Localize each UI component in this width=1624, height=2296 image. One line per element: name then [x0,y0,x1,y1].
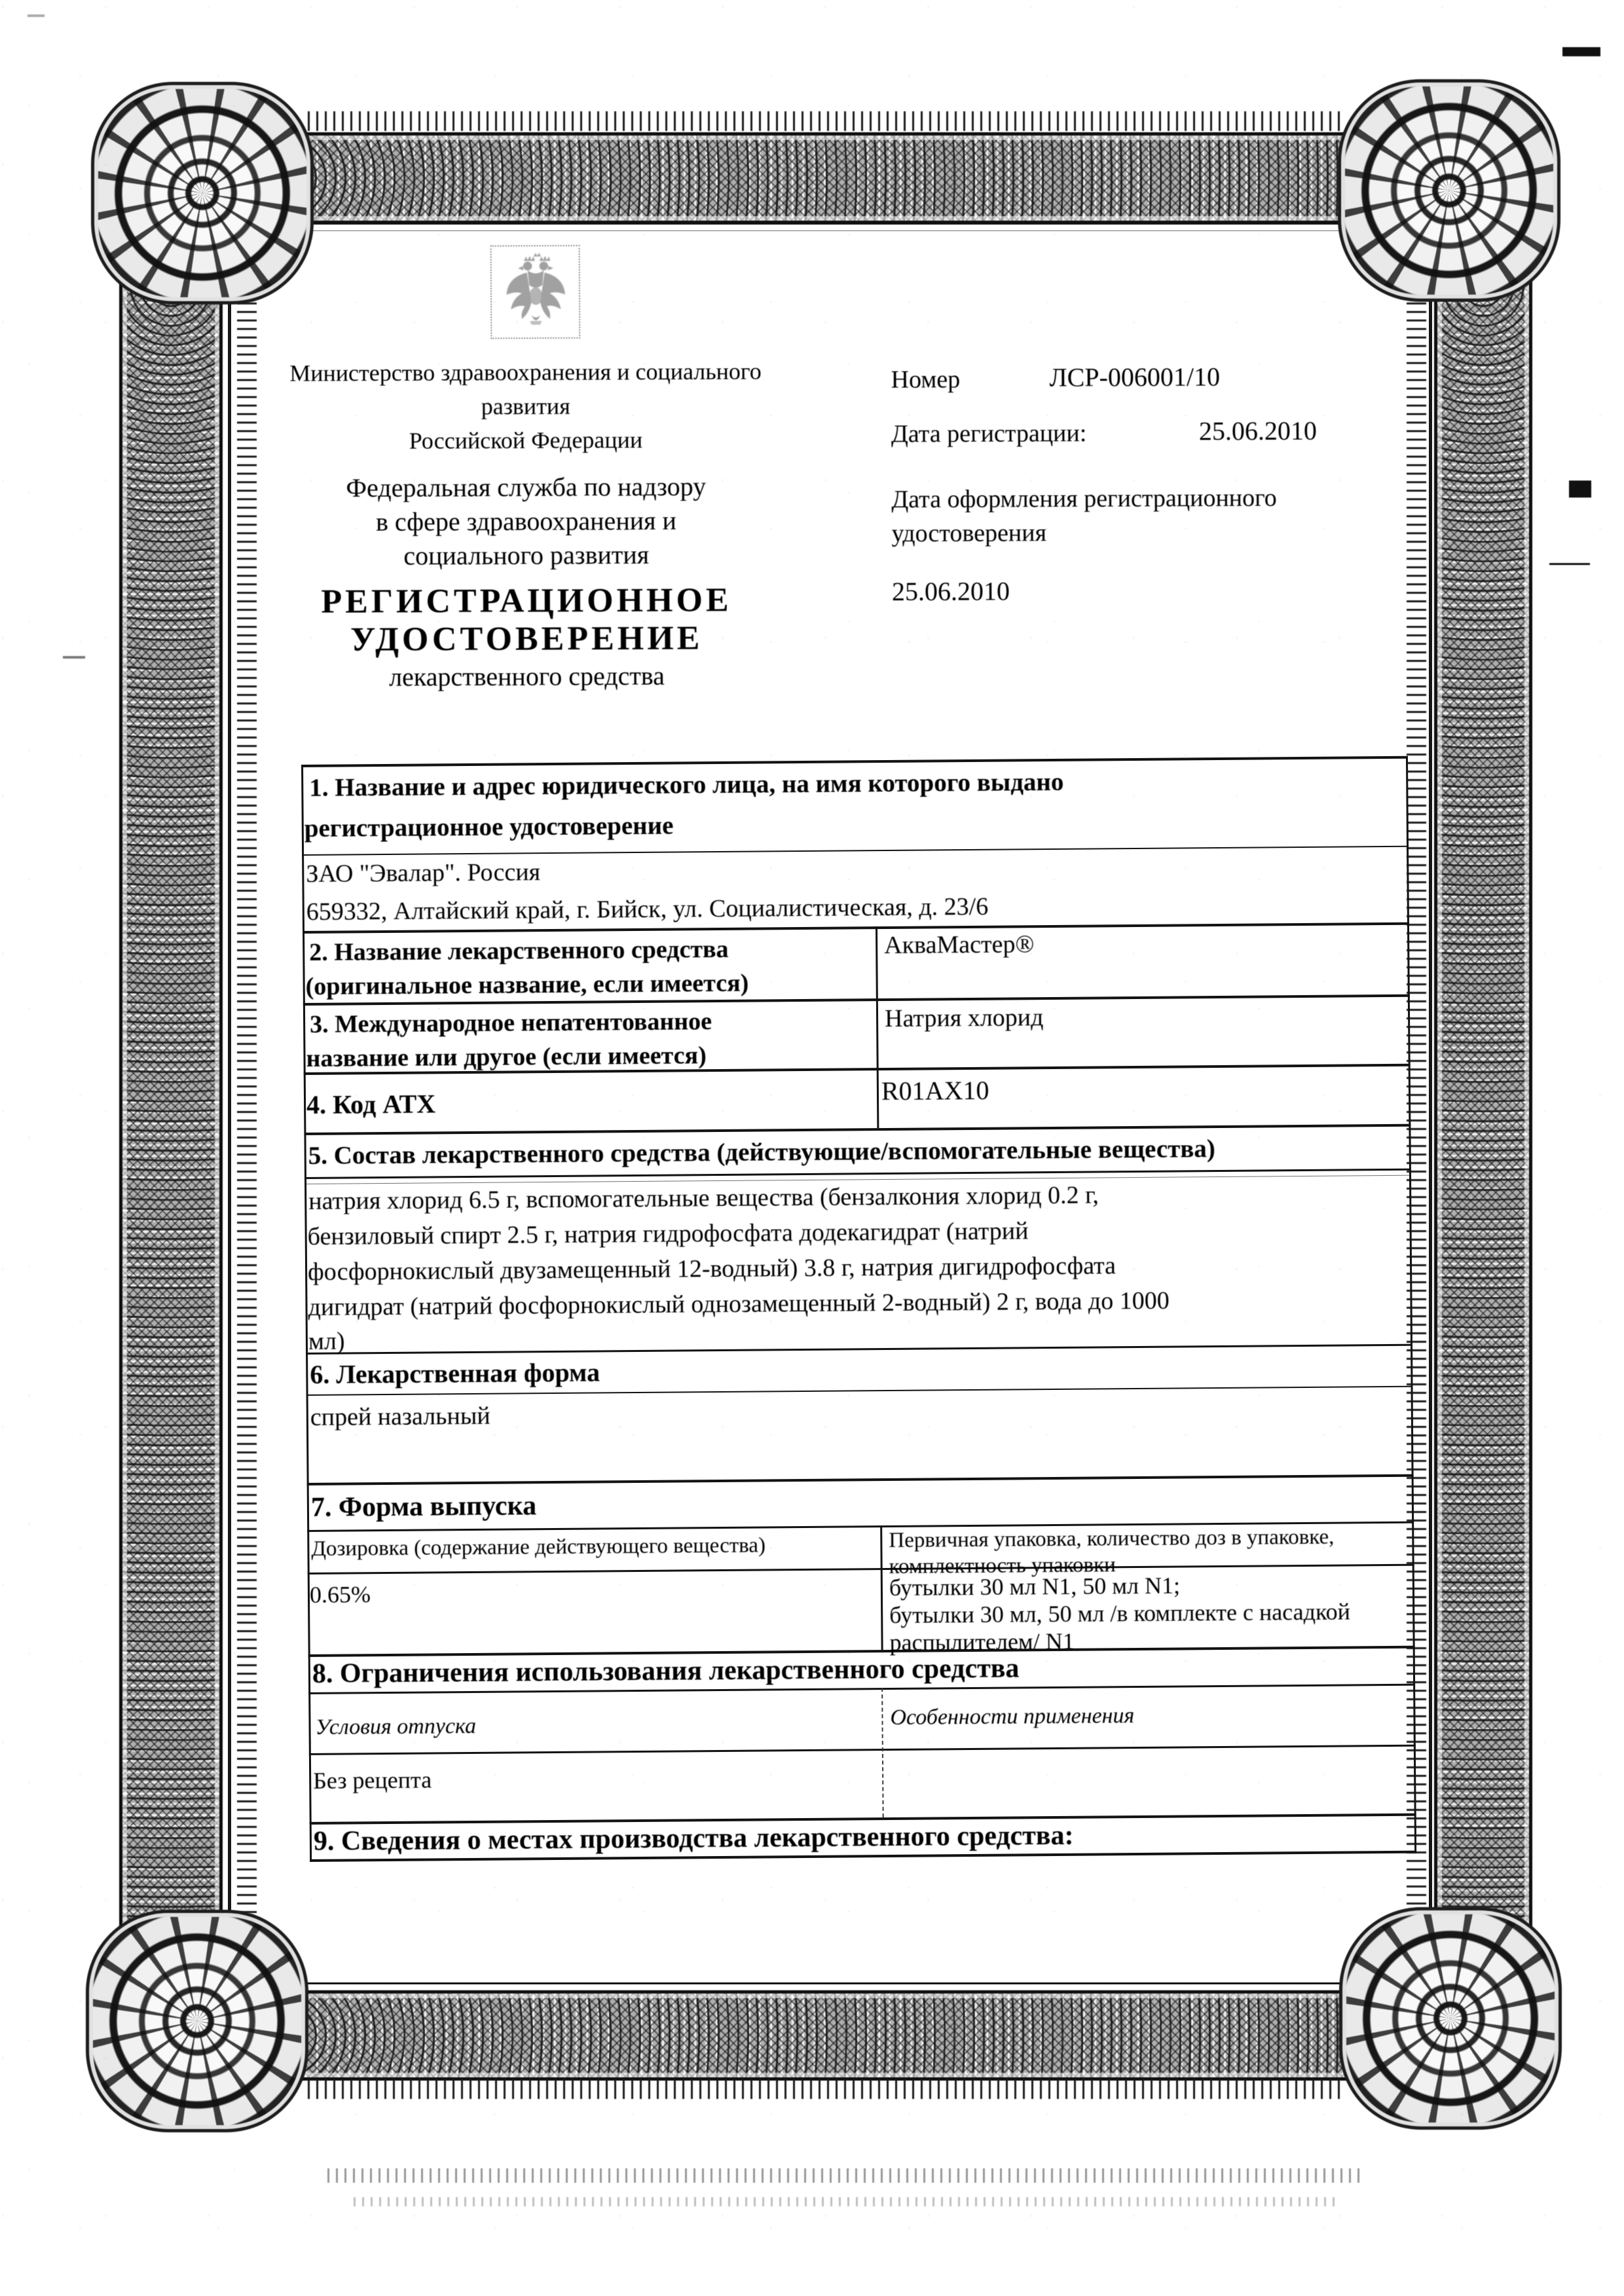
section6-value: спрей назальный [310,1402,490,1432]
scan-dash-left-margin [63,656,85,659]
section7-col1-header: Дозировка (содержание действующего вещес… [311,1533,766,1561]
ministry-name-line2: развития [261,392,791,421]
document-subtitle: лекарственного средства [261,661,792,693]
section8-col1-header: Условия отпуска [315,1714,476,1740]
section5-title: 5. Состав лекарственного средства (дейст… [308,1135,1215,1171]
frame-below-dotted-strip1 [327,2168,1362,2183]
section5-body-line1: натрия хлорид 6.5 г, вспомогательные вещ… [308,1181,1099,1215]
section8-title: 8. Ограничения использования лекарственн… [312,1653,1020,1690]
table-line [309,1745,1416,1755]
coat-of-arms-icon [498,250,572,331]
frame-bottom-band [275,1990,1359,2081]
section1-value-line1: ЗАО "Эвалар". Россия [306,858,540,888]
frame-top-inner-line [275,223,1359,225]
ministry-name-line3: Российской Федерации [261,426,791,455]
table-line [307,1474,1414,1485]
section3-value: Натрия хлорид [885,1004,1044,1032]
frame-left-fringe [237,282,257,1964]
issue-date-label-line2: удостоверения [891,519,1046,548]
document-title-line2: УДОСТОВЕРЕНИЕ [261,619,792,660]
section7-col2-value-line1: бутылки 30 мл N1, 50 мл N1; [889,1572,1180,1601]
frame-top-band [275,132,1359,224]
number-label: Номер [891,366,960,394]
table-line [301,756,1408,767]
frame-top-fringe [308,111,1342,131]
service-name-line1: Федеральная служба по надзору [261,472,791,503]
section2-value: АкваМастер® [884,930,1034,959]
frame-bottom-fringe [308,2079,1342,2099]
section5-body-line2: бензиловый спирт 2.5 г, натрия гидрофосф… [307,1217,1028,1250]
section3-title-line1: 3. Международное непатентованное [310,1008,712,1038]
certificate-scan-page: Министерство здравоохранения и социально… [0,0,1624,2296]
frame-left-band [119,275,223,1954]
registration-date-value: 25.06.2010 [1199,416,1317,446]
frame-right-band [1434,275,1532,1954]
section1-value-line2: 659332, Алтайский край, г. Бийск, ул. Со… [306,893,989,926]
service-name-line2: в сфере здравоохранения и [261,506,791,538]
number-value: ЛСР-006001/10 [1049,363,1220,393]
section3-title-line2: название или другое (если имеется) [306,1042,707,1072]
section7-title: 7. Форма выпуска [311,1491,537,1523]
sections-table: 1. Название и адрес юридического лица, н… [301,756,1416,1862]
service-name-line3: социального развития [261,540,792,572]
scan-line-mark [1549,563,1590,565]
corner-rosette-bottom-right [1346,1914,1555,2123]
table-line [306,1344,1412,1355]
section7-col2-value-line3: распылителем/ N1 [889,1628,1074,1656]
section8-col2-header: Особенности применения [890,1704,1134,1730]
document-title-line1: РЕГИСТРАЦИОННОЕ [261,581,792,622]
table-column-divider-dashed [881,1688,884,1817]
issue-date-label-line1: Дата оформления регистрационного [891,484,1277,514]
registration-date-label: Дата регистрации: [891,420,1087,448]
table-line [304,1169,1411,1179]
table-line [308,1564,1414,1575]
table-line [302,846,1409,856]
section7-col2-value-line2: бутылки 30 мл, 50 мл /в комплекте с наса… [889,1598,1350,1628]
corner-rosette-top-left [98,89,306,297]
section6-title: 6. Лекарственная форма [310,1358,600,1389]
frame-top-inner-line2 [275,230,1359,231]
scan-speck-top-left [28,14,45,17]
section5-body-line4: дигидрат (натрий фосфорнокислый однозаме… [308,1287,1170,1322]
section1-title-line1: 1. Название и адрес юридического лица, н… [309,768,1063,803]
table-column-divider [880,1525,883,1650]
corner-rosette-bottom-left [93,1917,301,2125]
frame-left-inner-line [228,282,231,1964]
section1-title-line2: регистрационное удостоверение [304,812,674,843]
frame-below-dotted-strip2 [354,2197,1336,2206]
ministry-name-line1: Министерство здравоохранения и социально… [260,358,790,387]
section9-title: 9. Сведения о местах производства лекарс… [314,1821,1074,1857]
section5-body-line3: фосфорнокислый двузамещенный 12-водный) … [308,1252,1116,1286]
frame-right-inner-line [1429,282,1432,1964]
scan-square-mark [1569,481,1591,498]
section4-value: R01AX10 [881,1076,989,1106]
section2-title-line1: 2. Название лекарственного средства [309,936,729,967]
section8-col1-value: Без рецепта [313,1766,432,1794]
section7-col2-header-line1: Первичная упаковка, количество доз в упа… [889,1525,1334,1553]
issue-date-value: 25.06.2010 [892,577,1010,607]
corner-rosette-top-right [1345,86,1553,295]
table-column-divider [876,926,879,1128]
frame-bottom-inner-line [275,1982,1359,1984]
scan-dash-mark-top [1562,47,1600,56]
section5-body-line5: мл) [308,1328,345,1356]
section7-col1-value: 0.65% [310,1581,371,1608]
table-line [304,1124,1411,1135]
section2-title-line2: (оригинальное название, если имеется) [305,970,748,1001]
section4-title: 4. Код АТХ [306,1089,435,1120]
